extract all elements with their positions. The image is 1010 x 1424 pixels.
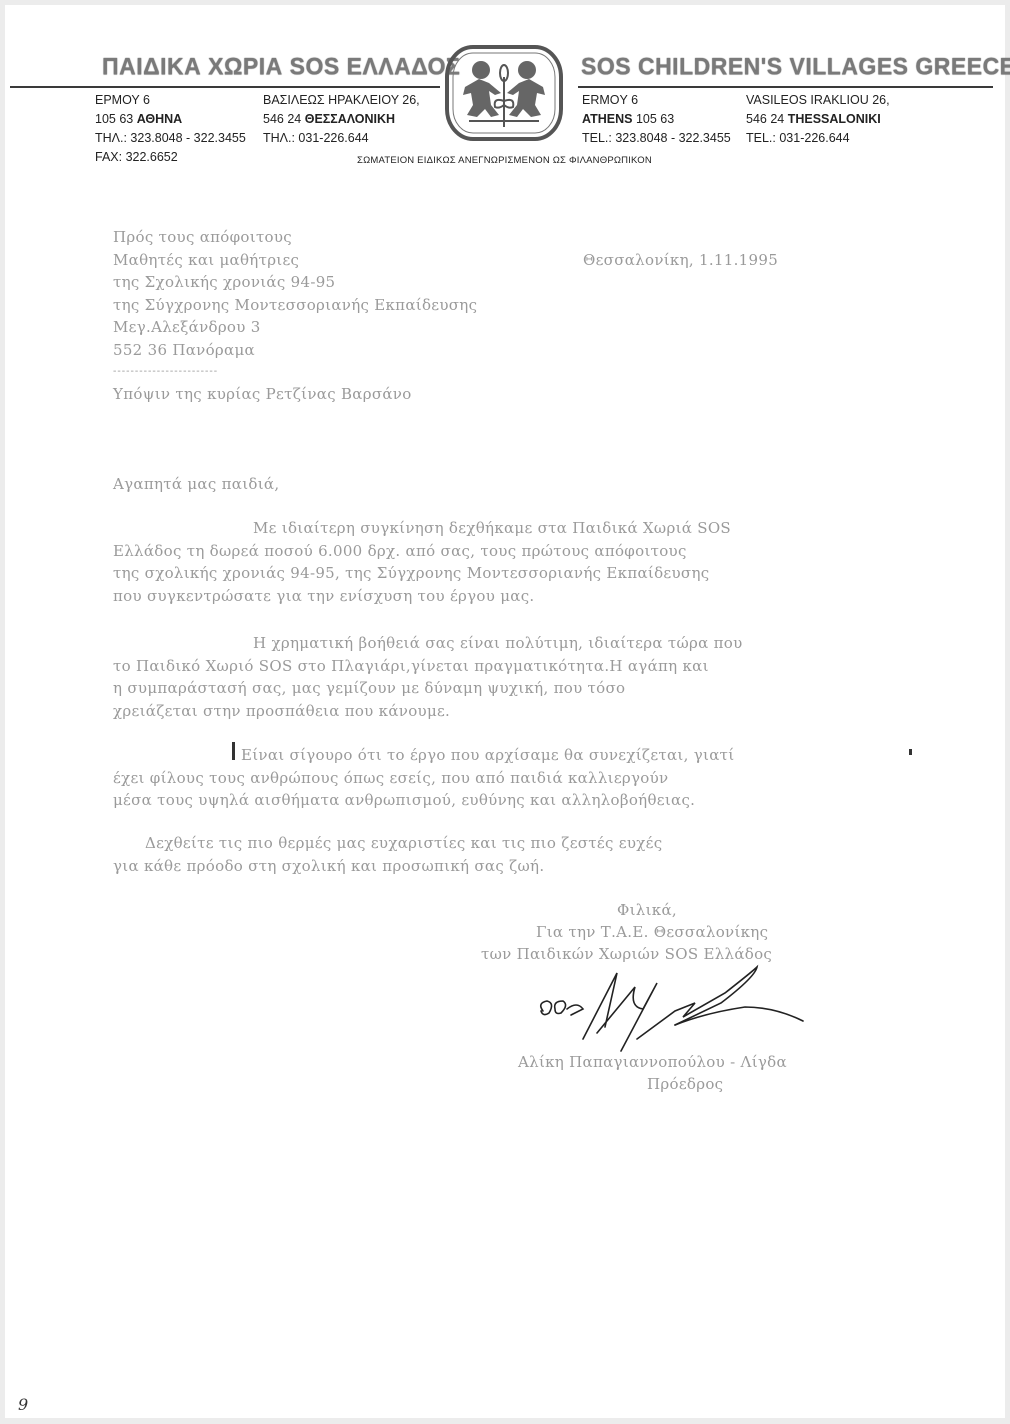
letterhead-title-english: SOS CHILDREN'S VILLAGES GREECE [581,52,1010,80]
thessaloniki-street-en: VASILEOS IRAKLIOU 26, [746,91,890,110]
athens-street-en: ERMOY 6 [582,91,731,110]
letterhead-rule-left [10,86,440,88]
address-athens-english: ERMOY 6 ATHENS 105 63 TEL.: 323.8048 - 3… [582,91,731,148]
place-date: Θεσσαλονίκη, 1.11.1995 [583,249,778,272]
athens-city-line: 105 63 ΑΘΗΝΑ [95,110,250,129]
thessaloniki-city-line-en: 546 24 THESSALONIKI [746,110,890,129]
paragraph-line: Είναι σίγουρο ότι το έργο που αρχίσαμε θ… [113,744,887,767]
closing-org-line-1: Για την Τ.Α.Ε. Θεσσαλονίκης [536,921,768,944]
recipient-line: της Σχολικής χρονιάς 94-95 [113,271,477,294]
paragraph-4: Δεχθείτε τις πιο θερμές μας ευχαριστίες … [113,832,887,877]
letterhead-title-greek: ΠΑΙΔΙΚΑ ΧΩΡΙΑ SOS ΕΛΛΑΔΟΣ [102,52,460,80]
recipient-line: Μεγ.Αλεξάνδρου 3 [113,316,477,339]
address-thessaloniki-greek: ΒΑΣΙΛΕΩΣ ΗΡΑΚΛΕΙΟΥ 26, 546 24 ΘΕΣΣΑΛΟΝΙΚ… [263,91,423,148]
paragraph-line: της σχολικής χρονιάς 94-95, της Σύγχρονη… [113,562,887,585]
address-thessaloniki-english: VASILEOS IRAKLIOU 26, 546 24 THESSALONIK… [746,91,890,148]
signatory-name: Αλίκη Παπαγιαννοπούλου - Λίγδα [518,1051,787,1074]
paragraph-line: το Παιδικό Χωριό SOS στο Πλαγιάρι,γίνετα… [113,655,887,678]
letterhead-rule-right [578,86,993,88]
address-athens-greek: ΕΡΜΟΥ 6 105 63 ΑΘΗΝΑ ΤΗΛ.: 323.8048 - 32… [95,91,250,167]
attention-line: Υπόψιν της κυρίας Ρετζίνας Βαρσάνο [113,383,477,406]
paragraph-3: Είναι σίγουρο ότι το έργο που αρχίσαμε θ… [113,744,887,812]
paragraph-line: η συμπαράστασή σας, μας γεμίζουν με δύνα… [113,677,887,700]
thessaloniki-phone: ΤΗΛ.: 031-226.644 [263,129,423,148]
recipient-line: της Σύγχρονης Μοντεσσοριανής Εκπαίδευσης [113,294,477,317]
athens-phone-en: TEL.: 323.8048 - 322.3455 [582,129,731,148]
paragraph-line: Δεχθείτε τις πιο θερμές μας ευχαριστίες … [113,832,887,855]
association-note: ΣΩΜΑΤΕΙΟΝ ΕΙΔΙΚΩΣ ΑΝΕΓΝΩΡΙΣΜΕΝΟΝ ΩΣ ΦΙΛΑ… [357,155,652,166]
paragraph-line: που συγκεντρώσατε για την ενίσχυση του έ… [113,585,887,608]
handwritten-mark [232,742,235,760]
thessaloniki-street: ΒΑΣΙΛΕΩΣ ΗΡΑΚΛΕΙΟΥ 26, [263,91,423,110]
sos-children-logo-icon [443,43,565,143]
recipient-line: Μαθητές και μαθήτριες [113,249,477,272]
signature-scribble-icon [525,963,825,1053]
signatory-title: Πρόεδρος [647,1073,723,1096]
recipient-block: Πρός τους απόφοιτους Μαθητές και μαθήτρι… [113,226,477,406]
paragraph-line: Με ιδιαίτερη συγκίνηση δεχθήκαμε στα Παι… [113,517,887,540]
thessaloniki-phone-en: TEL.: 031-226.644 [746,129,890,148]
paragraph-line: για κάθε πρόοδο στη σχολική και προσωπικ… [113,855,887,878]
sos-logo [443,43,565,143]
letter-page: ΠΑΙΔΙΚΑ ΧΩΡΙΑ SOS ΕΛΛΑΔΟΣ SOS CHILDREN'S… [5,5,1005,1418]
valediction: Φιλικά, [617,899,677,922]
paragraph-1: Με ιδιαίτερη συγκίνηση δεχθήκαμε στα Παι… [113,517,887,607]
paragraph-2: Η χρηματική βοήθειά σας είναι πολύτιμη, … [113,632,887,722]
paragraph-line: χρειάζεται στην προσπάθεια που κάνουμε. [113,700,887,723]
margin-note: 9 [18,1395,28,1414]
thessaloniki-city-line: 546 24 ΘΕΣΣΑΛΟΝΙΚΗ [263,110,423,129]
salutation: Αγαπητά μας παιδιά, [113,473,279,496]
margin-mark [909,749,912,755]
paragraph-line: μέσα τους υψηλά αισθήματα ανθρωπισμού, ε… [113,789,887,812]
athens-street: ΕΡΜΟΥ 6 [95,91,250,110]
recipient-line: 552 36 Πανόραμα [113,339,477,362]
recipient-line: Πρός τους απόφοιτους [113,226,477,249]
paragraph-line: Ελλάδος τη δωρεά ποσού 6.000 δρχ. από σα… [113,540,887,563]
paragraph-line: Η χρηματική βοήθειά σας είναι πολύτιμη, … [113,632,887,655]
signature [525,963,825,1053]
athens-phone: ΤΗΛ.: 323.8048 - 322.3455 [95,129,250,148]
paragraph-line: έχει φίλους τους ανθρώπους όπως εσείς, π… [113,767,887,790]
athens-fax: FAX: 322.6652 [95,148,250,167]
recipient-separator: ------------------------ [113,361,477,383]
athens-city-line-en: ATHENS 105 63 [582,110,731,129]
